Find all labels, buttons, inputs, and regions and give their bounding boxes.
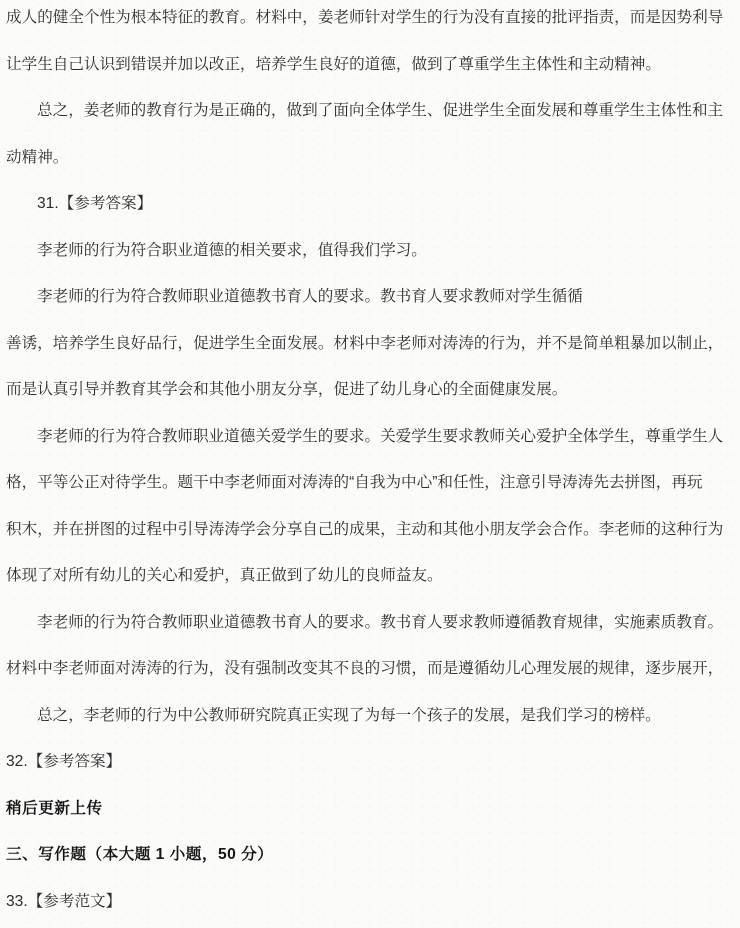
paragraph-line: 李老师的行为符合教师职业道德关爱学生的要求。关爱学生要求教师关心爱护全体学生，尊… (6, 414, 736, 461)
question-31-answer-heading: 31.【参考答案】 (6, 181, 736, 228)
answer-text-flow: 成人的健全个性为根本特征的教育。材料中，姜老师针对学生的行为没有直接的批评指责，… (6, 0, 736, 925)
paragraph-line: 积木，并在拼图的过程中引导涛涛学会分享自己的成果，主动和其他小朋友学会合作。李老… (6, 507, 736, 554)
question-33-essay-heading: 33.【参考范文】 (6, 879, 736, 926)
paragraph-line: 材料中李老师面对涛涛的行为，没有强制改变其不良的习惯，而是遵循幼儿心理发展的规律… (6, 646, 736, 693)
paragraph-line: 李老师的行为符合教师职业道德教书育人的要求。教书育人要求教师遵循教育规律，实施素… (6, 600, 736, 647)
paragraph-line: 让学生自己认识到错误并加以改正，培养学生良好的道德，做到了尊重学生主体性和主动精… (6, 42, 736, 89)
paragraph-line: 格，平等公正对待学生。题干中李老师面对涛涛的“自我为中心”和任性，注意引导涛涛先… (6, 460, 736, 507)
paragraph-line: 善诱，培养学生良好品行，促进学生全面发展。材料中李老师对涛涛的行为，并不是简单粗… (6, 321, 736, 368)
question-32-answer-heading: 32.【参考答案】 (6, 739, 736, 786)
paragraph-line: 李老师的行为符合教师职业道德教书育人的要求。教书育人要求教师对学生循循 (6, 274, 736, 321)
pending-upload-notice: 稍后更新上传 (6, 786, 736, 833)
paragraph-line: 动精神。 (6, 135, 736, 182)
paragraph-line: 而是认真引导并教育其学会和其他小朋友分享，促进了幼儿身心的全面健康发展。 (6, 367, 736, 414)
paragraph-line: 总之，姜老师的教育行为是正确的，做到了面向全体学生、促进学生全面发展和尊重学生主… (6, 88, 736, 135)
paragraph-line: 体现了对所有幼儿的关心和爱护，真正做到了幼儿的良师益友。 (6, 553, 736, 600)
paragraph-line: 成人的健全个性为根本特征的教育。材料中，姜老师针对学生的行为没有直接的批评指责，… (6, 0, 736, 42)
paragraph-line: 总之，李老师的行为中公教师研究院真正实现了为每一个孩子的发展，是我们学习的榜样。 (6, 693, 736, 740)
section-3-writing-heading: 三、写作题（本大题 1 小题，50 分） (6, 832, 736, 879)
document-page: 成人的健全个性为根本特征的教育。材料中，姜老师针对学生的行为没有直接的批评指责，… (0, 0, 740, 928)
paragraph-line: 李老师的行为符合职业道德的相关要求，值得我们学习。 (6, 228, 736, 275)
